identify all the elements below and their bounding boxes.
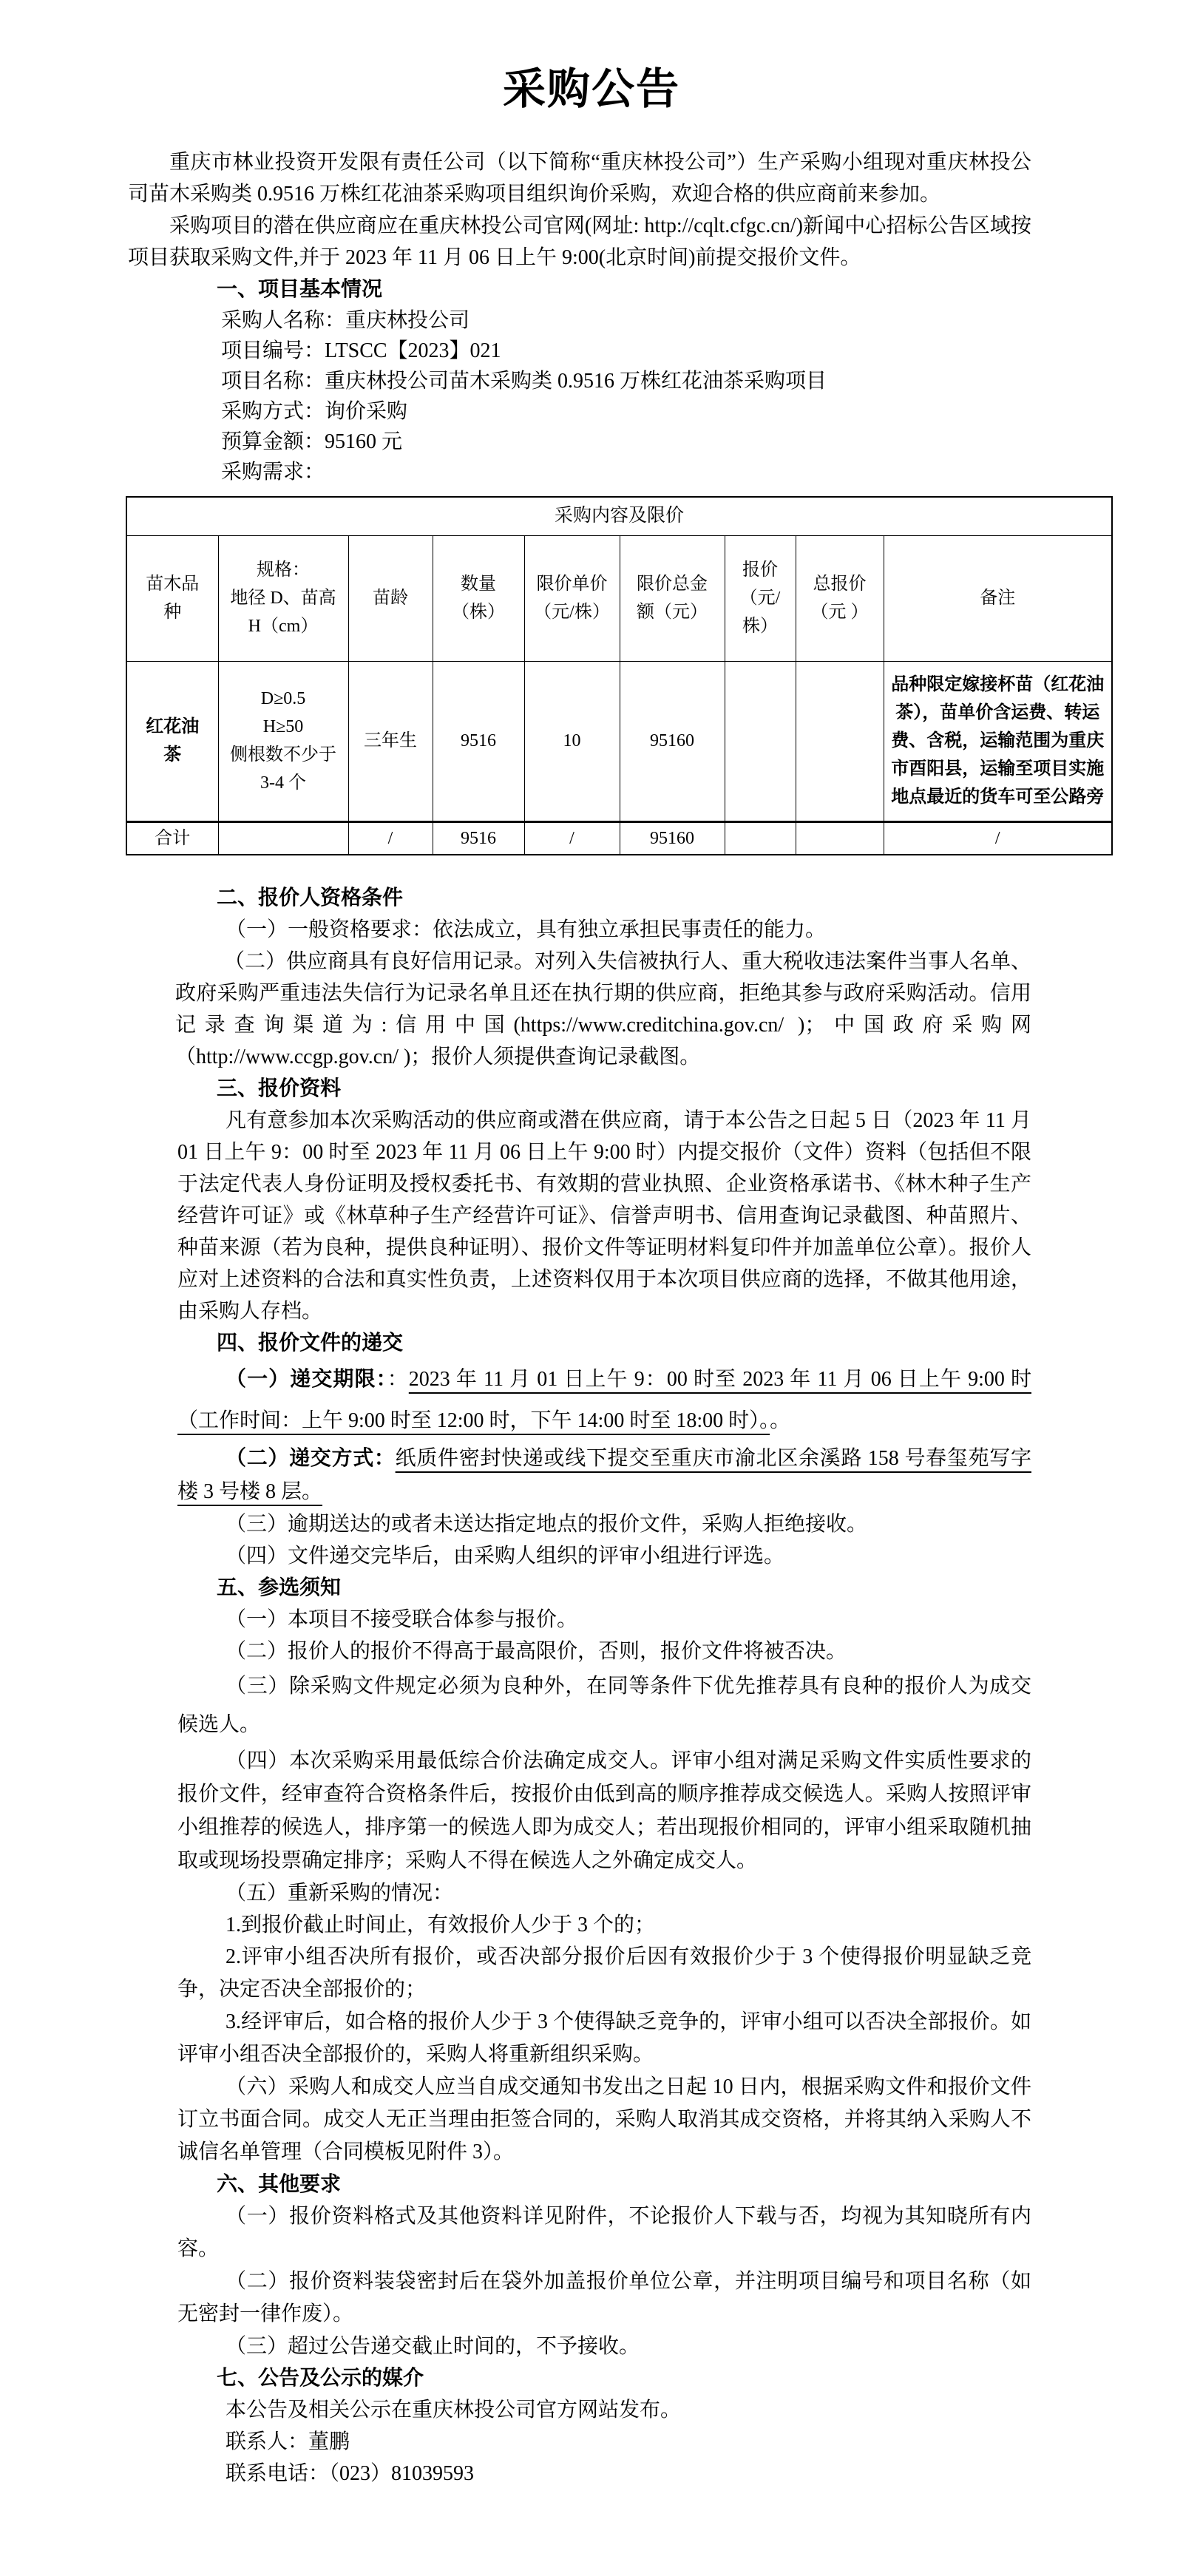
total-label: 合计: [126, 821, 218, 855]
submission-deadline-label: （一）递交期限：: [226, 1368, 387, 1391]
page-title: 采购公告: [0, 0, 1183, 120]
total-unit-price-limit: /: [524, 821, 620, 855]
notice-improved-variety-priority: （三）除采购文件规定必须为良种外，在同等条件下优先推荐具有良种的报价人为成交候选…: [177, 1667, 1031, 1744]
cell-quote: [725, 661, 796, 821]
total-quote: [725, 821, 796, 855]
cell-quantity: 9516: [433, 661, 524, 821]
cell-remark: 品种限定嫁接杯苗（红花油茶），苗单价含运费、转运费、含税，运输范围为重庆市酉阳县…: [884, 661, 1112, 821]
total-quantity: 9516: [433, 821, 524, 855]
table-total-row: 合计 / 9516 / 95160 /: [126, 821, 1112, 855]
total-age: /: [348, 821, 433, 855]
budget-amount: 预算金额：95160 元: [221, 427, 1183, 457]
header-quantity: 数量 （株）: [433, 535, 524, 661]
total-total-price-limit: 95160: [620, 821, 725, 855]
header-age: 苗龄: [348, 535, 433, 661]
procurement-announcement-document: 采购公告 重庆市林业投资开发限有责任公司（以下简称“重庆林投公司”）生产采购小组…: [0, 0, 1183, 2576]
total-total-quote: [796, 821, 884, 855]
publication-media: 本公告及相关公示在重庆林投公司官方网站发布。: [177, 2394, 1031, 2426]
notice-no-consortium: （一）本项目不接受联合体参与报价。: [177, 1604, 1031, 1636]
other-sealing-clause: （二）报价资料装袋密封后在袋外加盖报价单位公章，并注明项目编号和项目名称（如无密…: [177, 2265, 1031, 2331]
table-title-row: 采购内容及限价: [126, 497, 1112, 535]
table-data-row: 红花油 茶 D≥0.5 H≥50 侧根数不少于 3-4 个 三年生 9516 1…: [126, 661, 1112, 821]
total-spec: [218, 821, 348, 855]
table-header-row: 苗木品 种 规格： 地径 D、苗高 H（cm） 苗龄 数量 （株） 限价单价 （…: [126, 535, 1112, 661]
project-number: 项目编号：LTSCC【2023】021: [221, 336, 1183, 366]
other-overdue-clause: （三）超过公告递交截止时间的，不予接收。: [177, 2331, 1031, 2362]
header-spec: 规格： 地径 D、苗高 H（cm）: [218, 535, 348, 661]
cell-total-quote: [796, 661, 884, 821]
qualification-general: （一）一般资格要求：依法成立，具有独立承担民事责任的能力。: [177, 914, 1031, 946]
section-6-heading: 六、其他要求: [217, 2169, 1183, 2200]
header-total-quote: 总报价 （元 ）: [796, 535, 884, 661]
section-2-heading: 二、报价人资格条件: [217, 882, 1183, 914]
late-delivery-clause: （三）逾期送达的或者未送达指定地点的报价文件，采购人拒绝接收。: [177, 1508, 1031, 1540]
submission-deadline: （一）递交期限：：2023 年 11 月 01 日上午 9：00 时至 2023…: [177, 1359, 1031, 1442]
submission-method: （二）递交方式：纸质件密封快递或线下提交至重庆市渝北区余溪路 158 号春玺苑写…: [177, 1442, 1031, 1508]
notice-lowest-price-method: （四）本次采购采用最低综合价法确定成交人。评审小组对满足采购文件实质性要求的报价…: [177, 1744, 1031, 1877]
procurement-method: 采购方式：询价采购: [221, 396, 1183, 427]
other-attachment-clause: （一）报价资料格式及其他资料详见附件，不论报价人下载与否，均视为其知晓所有内容。: [177, 2200, 1031, 2265]
intro-paragraph-2: 采购项目的潜在供应商应在重庆林投公司官网(网址: http://cqlt.cfg…: [128, 210, 1031, 274]
section-7-heading: 七、公告及公示的媒介: [217, 2362, 1183, 2394]
header-remark: 备注: [884, 535, 1112, 661]
reprocurement-case-3: 3.经评审后，如合格的报价人少于 3 个使得缺乏竞争的，评审小组可以否决全部报价…: [177, 2006, 1031, 2071]
cell-age: 三年生: [348, 661, 433, 821]
submission-deadline-colon: ：: [387, 1368, 409, 1391]
reprocurement-case-1: 1.到报价截止时间止，有效报价人少于 3 个的；: [177, 1909, 1031, 1941]
section-4-heading: 四、报价文件的递交: [217, 1327, 1183, 1359]
evaluation-clause: （四）文件递交完毕后，由采购人组织的评审小组进行评选。: [177, 1540, 1031, 1572]
buyer-name: 采购人名称：重庆林投公司: [221, 305, 1183, 336]
cell-total-price-limit: 95160: [620, 661, 725, 821]
project-name: 项目名称：重庆林投公司苗木采购类 0.9516 万株红花油茶采购项目: [221, 366, 1183, 396]
cell-species: 红花油 茶: [126, 661, 218, 821]
reprocurement-case-2: 2.评审小组否决所有报价，或否决部分报价后因有效报价少于 3 个使得报价明显缺乏…: [177, 1941, 1031, 2006]
header-quote: 报价 （元/ 株）: [725, 535, 796, 661]
submission-deadline-tail: 。: [770, 1409, 790, 1432]
notice-contract-signing: （六）采购人和成交人应当自成交通知书发出之日起 10 日内，根据采购文件和报价文…: [177, 2071, 1031, 2169]
table-title: 采购内容及限价: [126, 497, 1112, 535]
cell-unit-price-limit: 10: [524, 661, 620, 821]
intro-paragraph-1: 重庆市林业投资开发限有责任公司（以下简称“重庆林投公司”）生产采购小组现对重庆林…: [128, 146, 1031, 210]
section-1-heading: 一、项目基本情况: [217, 274, 1183, 305]
header-total-price-limit: 限价总金 额（元）: [620, 535, 725, 661]
contact-phone: 联系电话：（023）81039593: [177, 2458, 1031, 2489]
header-species: 苗木品 种: [126, 535, 218, 661]
quotation-materials-paragraph: 凡有意参加本次采购活动的供应商或潜在供应商，请于本公告之日起 5 日（2023 …: [177, 1105, 1031, 1327]
qualification-credit: （二）供应商具有良好信用记录。对列入失信被执行人、重大税收违法案件当事人名单、政…: [175, 946, 1031, 1073]
notice-price-ceiling: （二）报价人的报价不得高于最高限价，否则，报价文件将被否决。: [177, 1636, 1031, 1667]
procurement-table: 采购内容及限价 苗木品 种 规格： 地径 D、苗高 H（cm） 苗龄 数量 （株…: [126, 496, 1113, 855]
header-unit-price-limit: 限价单价 （元/株）: [524, 535, 620, 661]
cell-spec: D≥0.5 H≥50 侧根数不少于 3-4 个: [218, 661, 348, 821]
procurement-demand: 采购需求：: [221, 457, 1183, 487]
section-3-heading: 三、报价资料: [217, 1073, 1183, 1105]
submission-method-label: （二）递交方式：: [226, 1447, 396, 1470]
section-5-heading: 五、参选须知: [217, 1572, 1183, 1604]
contact-person: 联系人：董鹏: [177, 2426, 1031, 2458]
notice-reprocurement-title: （五）重新采购的情况：: [177, 1877, 1031, 1909]
total-remark: /: [884, 821, 1112, 855]
